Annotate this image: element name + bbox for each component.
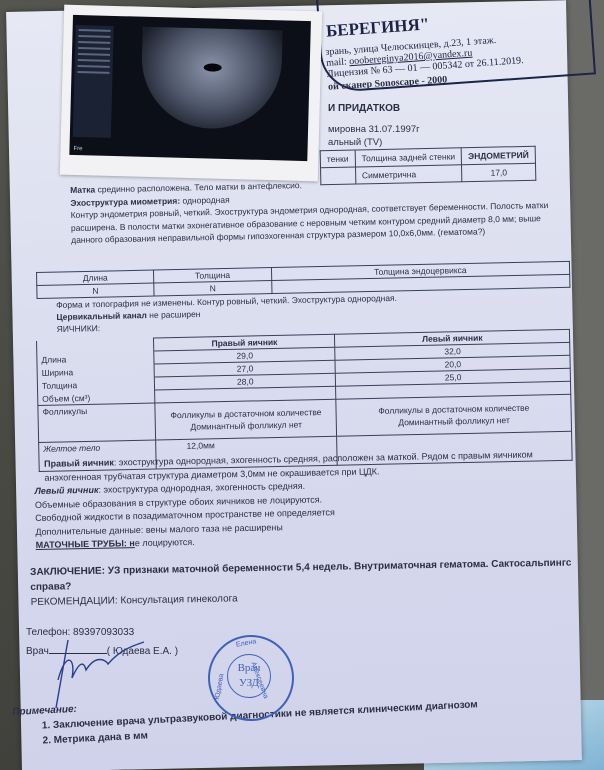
gestational-sac bbox=[204, 63, 222, 71]
handwritten-signature bbox=[46, 640, 156, 710]
ultrasound-scan-image bbox=[140, 27, 283, 131]
ultrasound-label: Fre bbox=[73, 146, 82, 152]
uterus-cell: тенки bbox=[320, 150, 355, 168]
exam-title: И ПРИДАТКОВ bbox=[328, 103, 400, 114]
stamp-ring-left: Юдаева bbox=[214, 673, 225, 700]
cervical-canal-value: не расширен bbox=[147, 309, 201, 320]
cervix-value: N bbox=[154, 281, 271, 296]
uterus-cell: ЭНДОМЕТРИЙ bbox=[461, 146, 535, 165]
fallopian-tubes-label: МАТОЧНЫЕ ТРУБЫ: н bbox=[36, 538, 135, 550]
cervical-canal-label: Цервикальный канал bbox=[56, 310, 147, 322]
patient-dob: мировна 31.07.1997г bbox=[328, 124, 420, 135]
fallopian-tubes-value: е лоцируются. bbox=[135, 537, 195, 548]
left-ovary-text: : эхоструктура однородная, эхогенность с… bbox=[98, 481, 305, 495]
stamp-center: Врач УЗД bbox=[227, 654, 271, 698]
right-ovary-label: Правый яичник bbox=[44, 457, 114, 468]
myometrium-label: Эхоструктура миометрия: bbox=[70, 195, 180, 207]
ovary-row-label: Фолликулы bbox=[38, 403, 156, 442]
stamp-ring-top: Елена bbox=[236, 638, 257, 648]
left-ovary-label: Левый яичник bbox=[35, 485, 99, 496]
conclusion-block: ЗАКЛЮЧЕНИЕ: УЗ признаки маточной беремен… bbox=[30, 555, 581, 610]
myometrium-value: однородная bbox=[180, 194, 230, 205]
ovary-left-value: Фолликулы в достаточном количестве Домин… bbox=[336, 394, 571, 436]
ultrasound-parameter-panel bbox=[73, 25, 114, 138]
cervix-description: Форма и топография не изменены. Контур р… bbox=[56, 292, 398, 335]
doctor-stamp: Елена Алексеевна Юдаева Врач УЗД bbox=[208, 635, 294, 721]
uterus-description: Матка срединно расположена. Тело матки в… bbox=[70, 174, 571, 247]
ultrasound-photo: Fre bbox=[60, 5, 322, 182]
conclusion-label: ЗАКЛЮЧЕНИЕ: bbox=[30, 566, 105, 578]
ovary-right-value: Фолликулы в достаточном количестве Домин… bbox=[155, 399, 337, 440]
ultrasound-screen: Fre bbox=[69, 15, 311, 161]
ovary-description: Правый яичник: эхоструктура однородная, … bbox=[34, 448, 576, 553]
doctor-phone: Телефон: 89397093033 bbox=[26, 627, 134, 638]
access-type: альный (TV) bbox=[328, 137, 382, 148]
cervix-value: N bbox=[37, 283, 154, 298]
uterus-label: Матка bbox=[70, 184, 95, 195]
